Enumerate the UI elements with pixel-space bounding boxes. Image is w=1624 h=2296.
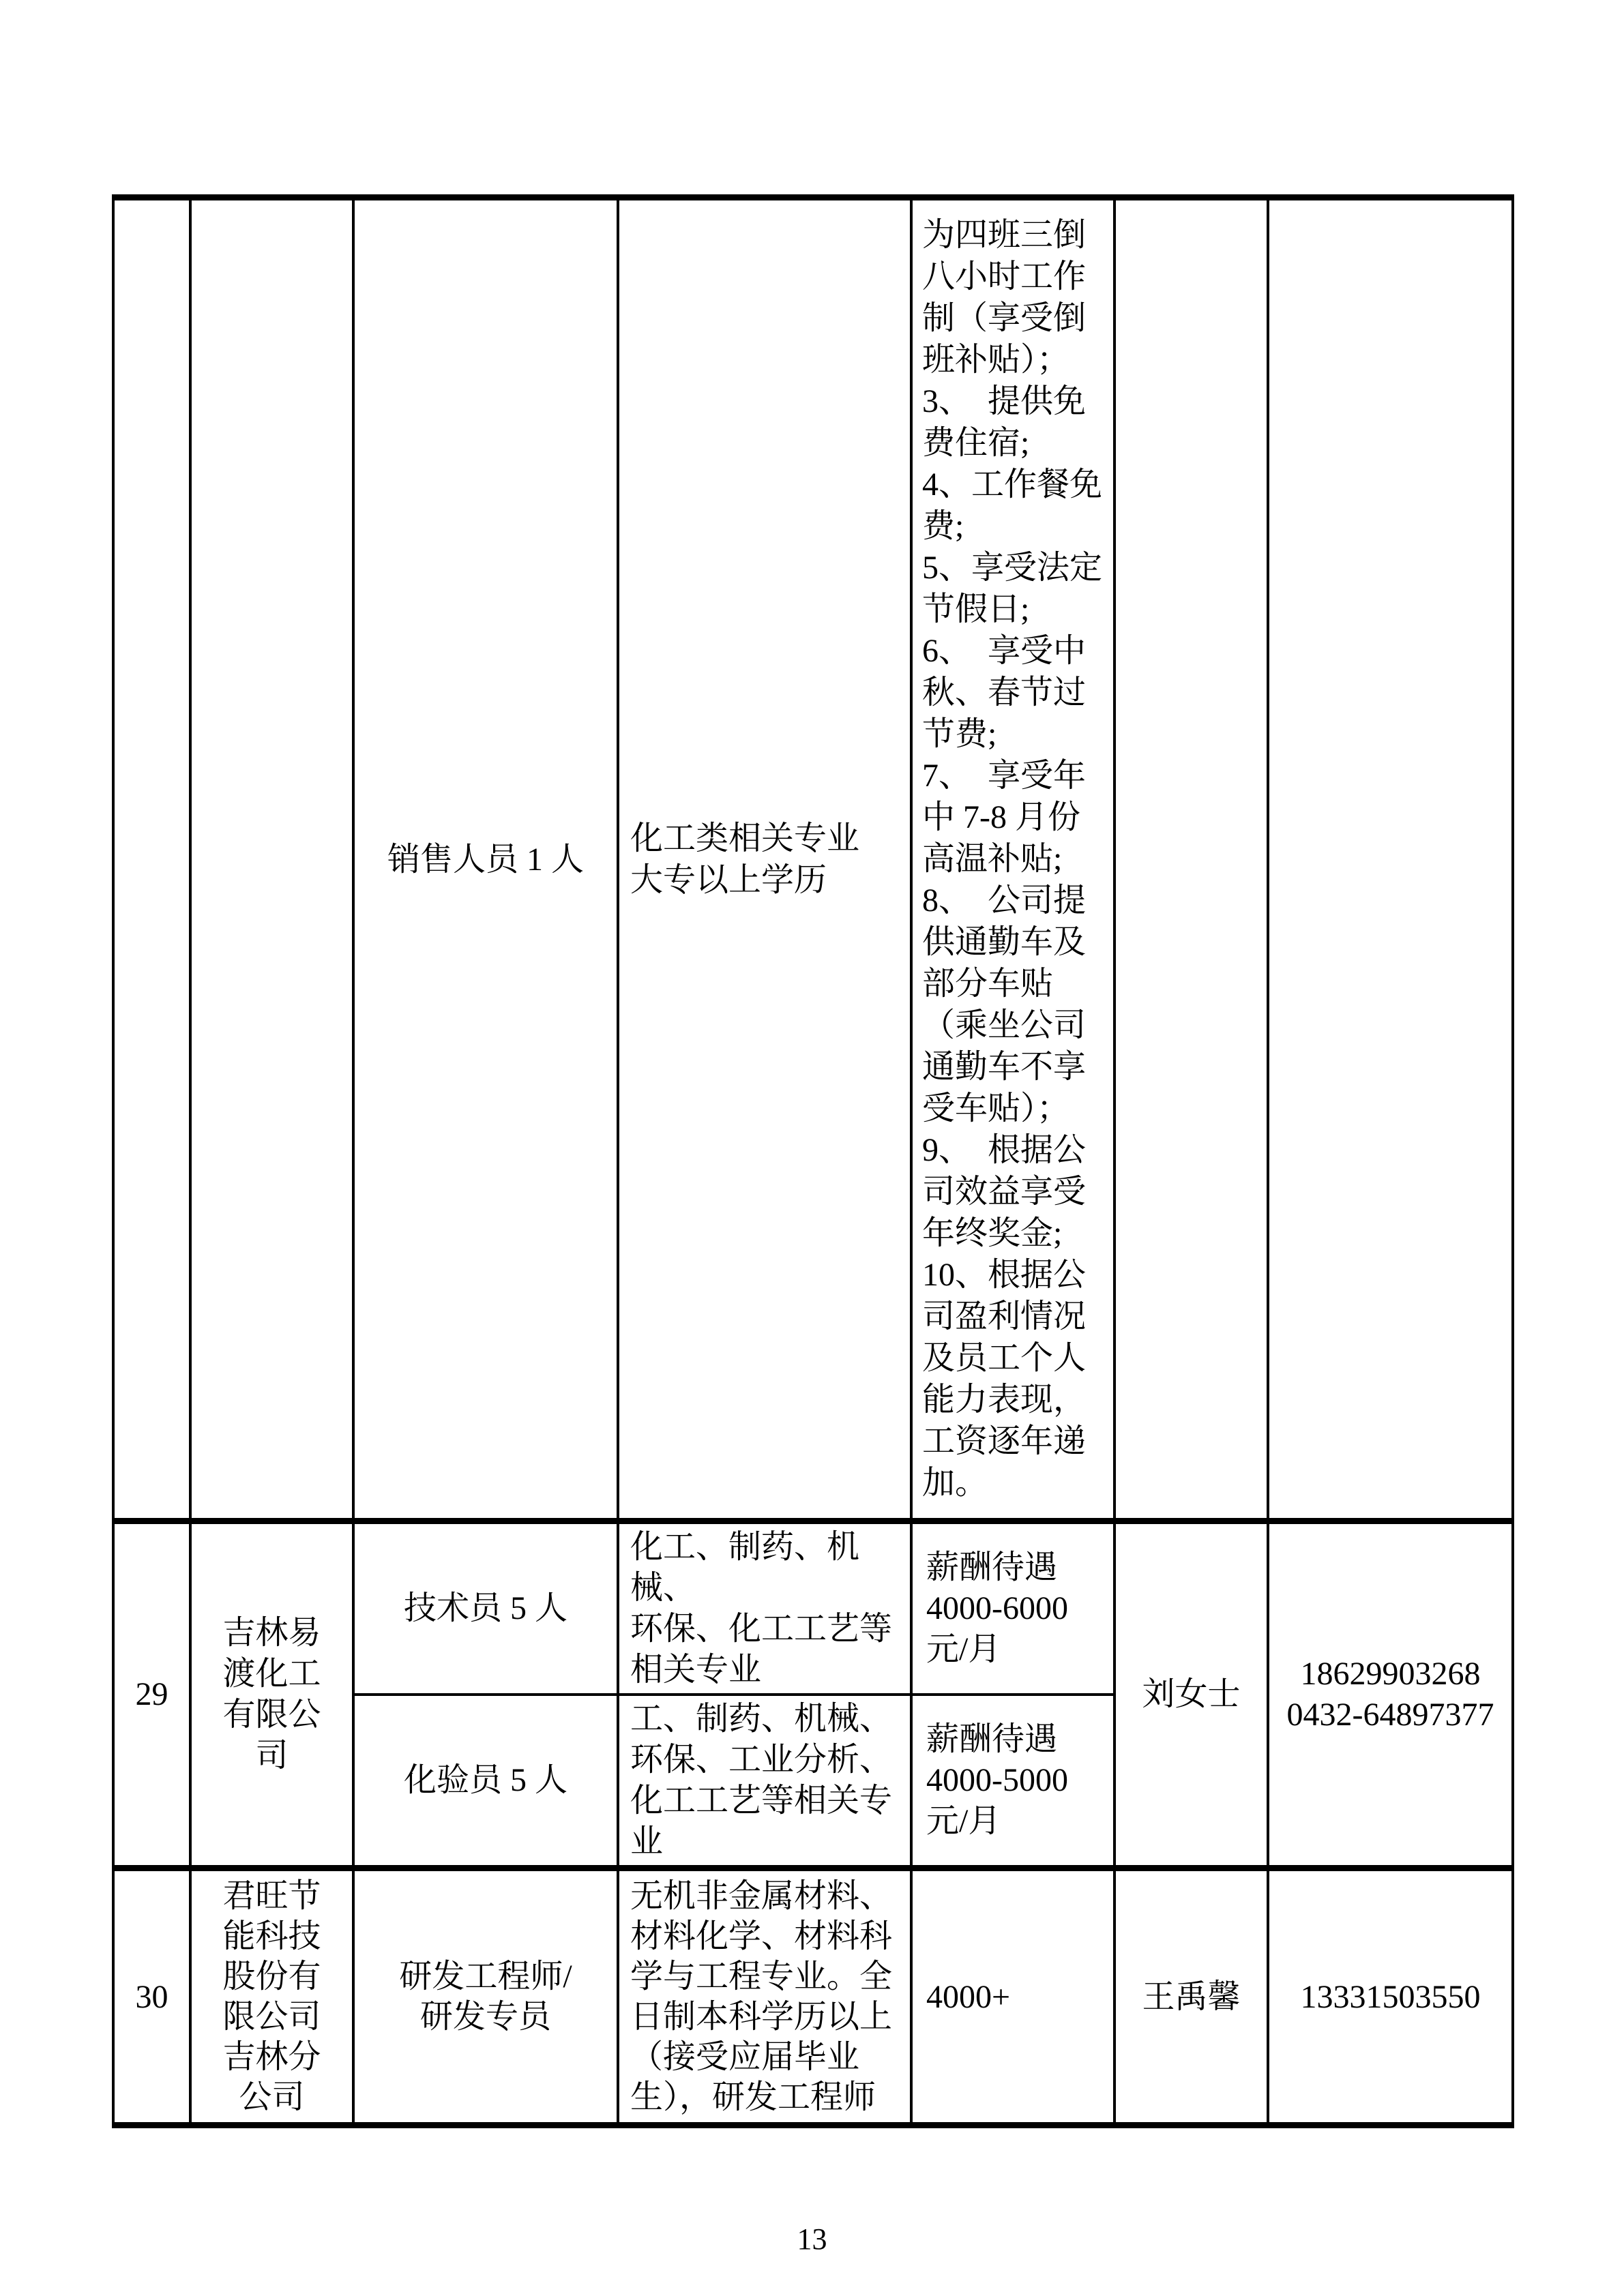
salary-cell: 4000+ (911, 1868, 1114, 2126)
requirements-cell: 工、制药、机械、 环保、工业分析、 化工工艺等相关专 业 (618, 1695, 911, 1868)
contact-cell: 刘女士 (1114, 1521, 1268, 1868)
phone-cell: 18629903268 0432-64897377 (1268, 1521, 1513, 1868)
requirements-cell: 化工类相关专业 大专以上学历 (618, 198, 911, 1521)
salary-cell: 薪酬待遇 4000-5000 元/月 (911, 1695, 1114, 1868)
requirements-cell: 无机非金属材料、 材料化学、材料科 学与工程专业。全 日制本科学历以上 （接受应… (618, 1868, 911, 2126)
position-cell: 研发工程师/ 研发专员 (353, 1868, 618, 2126)
phone-cell: 13331503550 (1268, 1868, 1513, 2126)
seq-cell: 30 (113, 1868, 190, 2126)
recruitment-table: 销售人员 1 人 化工类相关专业 大专以上学历 为四班三倒 八小时工作 制（享受… (112, 194, 1514, 2128)
position-cell: 化验员 5 人 (353, 1695, 618, 1868)
seq-cell (113, 198, 190, 1521)
company-cell: 吉林易 渡化工 有限公 司 (190, 1521, 353, 1868)
company-cell (190, 198, 353, 1521)
benefits-cell: 为四班三倒 八小时工作 制（享受倒 班补贴）； 3、 提供免 费住宿; 4、工作… (911, 198, 1114, 1521)
page-number: 13 (0, 2222, 1624, 2256)
table-row-continued: 销售人员 1 人 化工类相关专业 大专以上学历 为四班三倒 八小时工作 制（享受… (113, 198, 1513, 1521)
phone-cell (1268, 198, 1513, 1521)
table-row-30: 30 君旺节 能科技 股份有 限公司 吉林分 公司 研发工程师/ 研发专员 无机… (113, 1868, 1513, 2126)
salary-cell: 薪酬待遇 4000-6000 元/月 (911, 1521, 1114, 1695)
company-cell: 君旺节 能科技 股份有 限公司 吉林分 公司 (190, 1868, 353, 2126)
table-row-29-job-1: 29 吉林易 渡化工 有限公 司 技术员 5 人 化工、制药、机械、 环保、化工… (113, 1521, 1513, 1695)
position-cell: 销售人员 1 人 (353, 198, 618, 1521)
seq-cell: 29 (113, 1521, 190, 1868)
document-page: 销售人员 1 人 化工类相关专业 大专以上学历 为四班三倒 八小时工作 制（享受… (0, 0, 1624, 2296)
position-cell: 技术员 5 人 (353, 1521, 618, 1695)
requirements-cell: 化工、制药、机械、 环保、化工工艺等 相关专业 (618, 1521, 911, 1695)
contact-cell: 王禹馨 (1114, 1868, 1268, 2126)
contact-cell (1114, 198, 1268, 1521)
